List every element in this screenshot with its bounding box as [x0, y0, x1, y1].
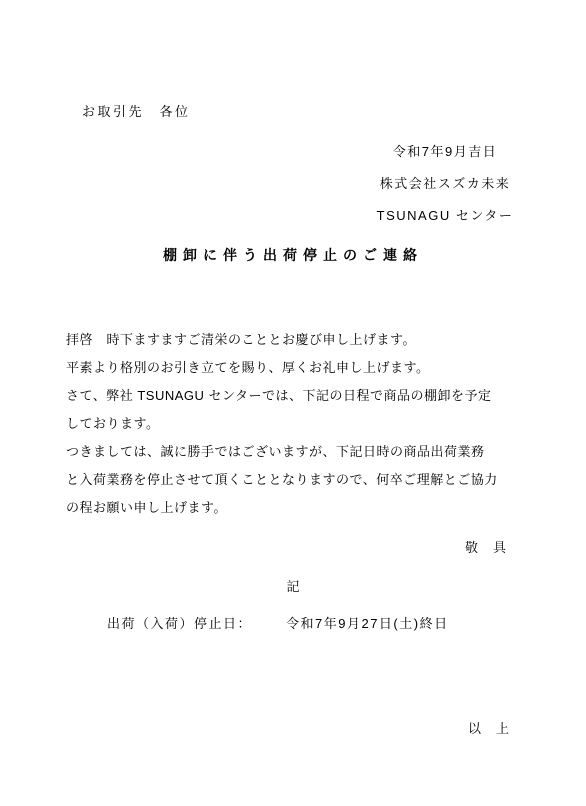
record-marker: 記 [0, 576, 586, 595]
body-line: つきましては、誠に勝手ではございますが、下記日時の商品出荷業務 [66, 438, 536, 466]
body-line: しております。 [66, 410, 536, 438]
end-marker: 以 上 [468, 718, 510, 737]
letter-body: 拝啓 時下ますますご清栄のこととお慶び申し上げます。 平素より格別のお引き立てを… [66, 326, 536, 522]
stop-date-line: 出荷（入荷）停止日：令和7年9月27日(土)終日 [107, 613, 449, 632]
letter-title: 棚卸に伴う出荷停止のご連絡 [0, 245, 586, 265]
sender-company: 株式会社スズカ未来 [320, 168, 570, 200]
letter-date: 令和7年9月吉日 [320, 136, 570, 168]
closing-keigu: 敬 具 [465, 537, 507, 556]
sender-center: TSUNAGU センター [320, 200, 570, 232]
letter-page: お取引先 各位 令和7年9月吉日 株式会社スズカ未来 TSUNAGU センター … [0, 0, 586, 806]
body-line: と入荷業務を停止させて頂くこととなりますので、何卒ご理解とご協力 [66, 466, 536, 494]
recipient-line: お取引先 各位 [82, 101, 191, 120]
body-line: 平素より格別のお引き立てを賜り、厚くお礼申し上げます。 [66, 354, 536, 382]
body-line: の程お願い申し上げます。 [66, 494, 536, 522]
body-line: さて、弊社 TSUNAGU センターでは、下記の日程で商品の棚卸を予定 [66, 382, 536, 410]
body-line: 拝啓 時下ますますご清栄のこととお慶び申し上げます。 [66, 326, 536, 354]
sender-block: 令和7年9月吉日 株式会社スズカ未来 TSUNAGU センター [320, 136, 570, 232]
stop-date-label: 出荷（入荷）停止日： [107, 616, 252, 631]
stop-date-value: 令和7年9月27日(土)終日 [286, 616, 449, 631]
